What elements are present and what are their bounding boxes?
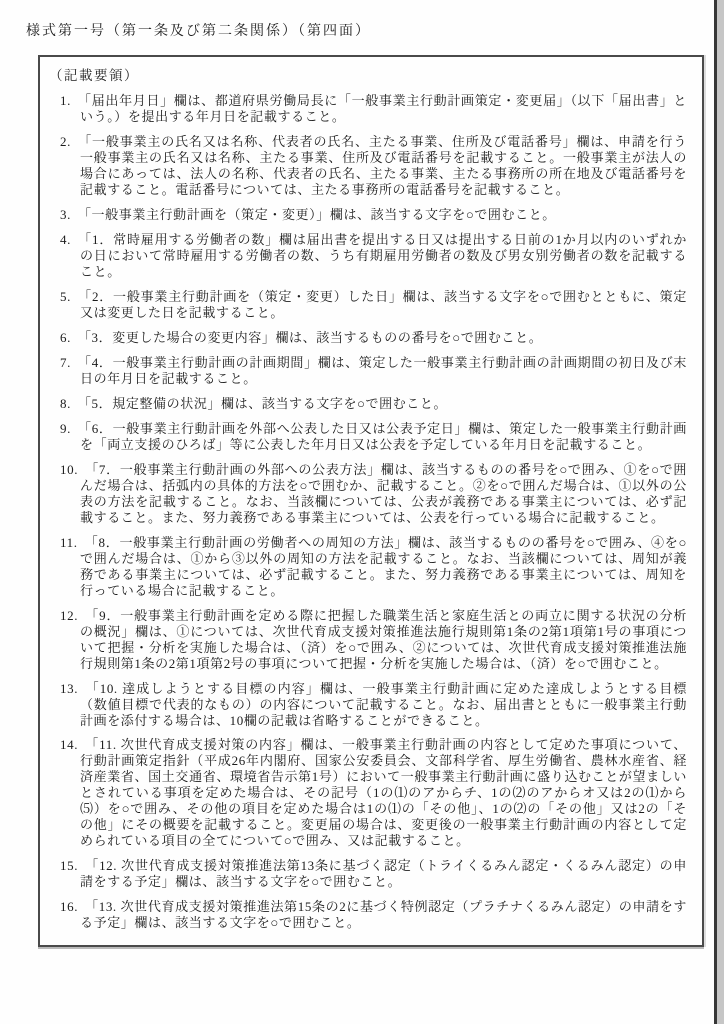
item-text: 「一般事業主の氏名又は名称、代表者の氏名、主たる事業、住所及び電話番号」欄は、申… [78,134,687,197]
item-text: 「9．一般事業主行動計画を定める際に把握した職業生活と家庭生活との両立に関する状… [80,608,687,671]
list-item: 6.「3．変更した場合の変更内容」欄は、該当するものの番号を○で囲むこと。 [49,330,687,346]
item-text: 「11. 次世代育成支援対策の内容」欄は、一般事業主行動計画の内容として定めた事… [80,737,687,848]
item-number: 7. [60,355,71,370]
item-number: 12. [60,608,78,623]
item-text: 「4．一般事業主行動計画の計画期間」欄は、策定した一般事業主行動計画の計画期間の… [78,355,687,386]
item-number: 14. [60,737,78,752]
item-text: 「6．一般事業主行動計画を外部へ公表した日又は公表予定日」欄は、策定した一般事業… [78,421,687,452]
list-item: 1.「届出年月日」欄は、都道府県労働局長に「一般事業主行動計画策定・変更届」（以… [49,93,687,125]
item-number: 2. [60,134,71,149]
list-item: 8.「5．規定整備の状況」欄は、該当する文字を○で囲むこと。 [49,396,687,412]
list-item: 4.「1．常時雇用する労働者の数」欄は届出書を提出する日又は提出する日前の1か月… [49,232,687,280]
list-item: 9.「6．一般事業主行動計画を外部へ公表した日又は公表予定日」欄は、策定した一般… [49,421,687,453]
item-number: 8. [60,396,71,411]
item-text: 「3．変更した場合の変更内容」欄は、該当するものの番号を○で囲むこと。 [78,330,542,345]
list-item: 10.「7．一般事業主行動計画の外部への公表方法」欄は、該当するものの番号を○で… [49,462,687,526]
box-heading: （記載要領） [49,64,687,84]
item-text: 「7．一般事業主行動計画の外部への公表方法」欄は、該当するものの番号を○で囲み、… [80,462,687,525]
item-number: 10. [60,462,78,477]
item-number: 13. [60,681,78,696]
list-item: 3.「一般事業主行動計画を（策定・変更）」欄は、該当する文字を○で囲むこと。 [49,207,687,223]
instructions-box: （記載要領） 1.「届出年月日」欄は、都道府県労働局長に「一般事業主行動計画策定… [38,55,704,947]
item-text: 「一般事業主行動計画を（策定・変更）」欄は、該当する文字を○で囲むこと。 [78,207,556,222]
item-text: 「10. 達成しようとする目標の内容」欄は、一般事業主行動計画に定めた達成しよう… [80,681,687,728]
item-number: 6. [60,330,71,345]
item-text: 「届出年月日」欄は、都道府県労働局長に「一般事業主行動計画策定・変更届」（以下「… [78,93,687,124]
item-text: 「12. 次世代育成支援対策推進法第13条に基づく認定（トライくるみん認定・くる… [80,858,687,889]
item-text: 「8．一般事業主行動計画の労働者への周知の方法」欄は、該当するものの番号を○で囲… [80,535,687,598]
list-item: 7.「4．一般事業主行動計画の計画期間」欄は、策定した一般事業主行動計画の計画期… [49,355,687,387]
item-text: 「13. 次世代育成支援対策推進法第15条の2に基づく特例認定（プラチナくるみん… [80,899,687,930]
list-item: 16.「13. 次世代育成支援対策推進法第15条の2に基づく特例認定（プラチナく… [49,899,687,931]
item-number: 16. [60,899,78,914]
item-number: 15. [60,858,78,873]
item-number: 3. [60,207,71,222]
scan-edge-light-strip [717,0,724,1024]
item-number: 5. [60,289,71,304]
list-item: 15.「12. 次世代育成支援対策推進法第13条に基づく認定（トライくるみん認定… [49,858,687,890]
list-item: 11.「8．一般事業主行動計画の労働者への周知の方法」欄は、該当するものの番号を… [49,535,687,599]
item-number: 1. [60,93,71,108]
item-text: 「5．規定整備の状況」欄は、該当する文字を○で囲むこと。 [78,396,447,411]
list-item: 12.「9．一般事業主行動計画を定める際に把握した職業生活と家庭生活との両立に関… [49,608,687,672]
list-item: 5.「2．一般事業主行動計画を（策定・変更）した日」欄は、該当する文字を○で囲む… [49,289,687,321]
item-number: 9. [60,421,71,436]
item-number: 4. [60,232,71,247]
item-text: 「2．一般事業主行動計画を（策定・変更）した日」欄は、該当する文字を○で囲むとと… [78,289,687,320]
page-title: 様式第一号（第一条及び第二条関係）（第四面） [26,20,371,40]
item-text: 「1．常時雇用する労働者の数」欄は届出書を提出する日又は提出する日前の1か月以内… [78,232,687,279]
instructions-list: 1.「届出年月日」欄は、都道府県労働局長に「一般事業主行動計画策定・変更届」（以… [49,93,687,931]
scan-edge-dark-line [714,0,717,1024]
list-item: 13.「10. 達成しようとする目標の内容」欄は、一般事業主行動計画に定めた達成… [49,681,687,729]
list-item: 2.「一般事業主の氏名又は名称、代表者の氏名、主たる事業、住所及び電話番号」欄は… [49,134,687,198]
item-number: 11. [60,535,78,550]
list-item: 14.「11. 次世代育成支援対策の内容」欄は、一般事業主行動計画の内容として定… [49,737,687,849]
